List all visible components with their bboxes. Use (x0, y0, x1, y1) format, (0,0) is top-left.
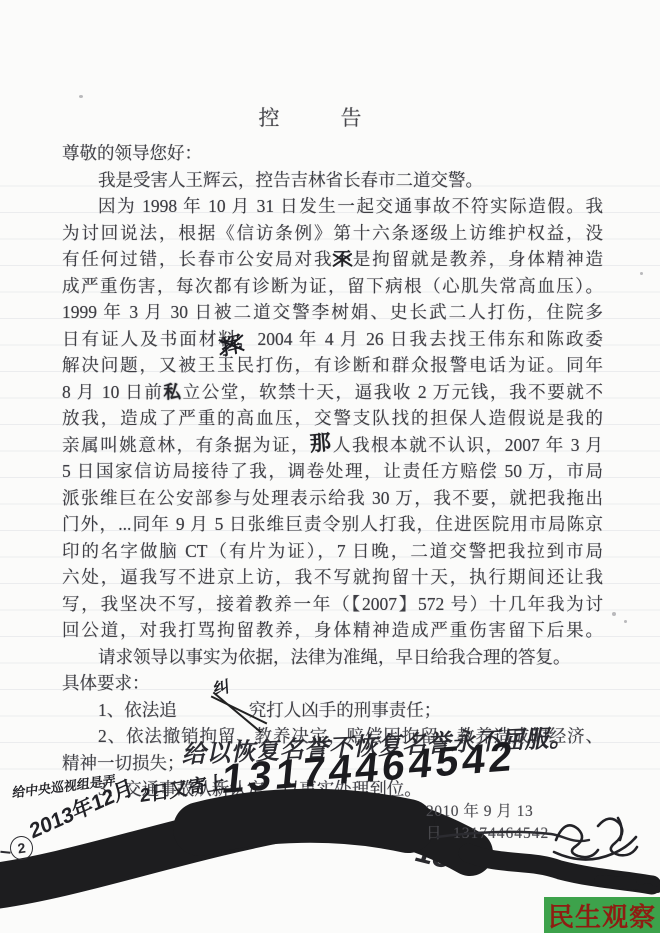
document-line: 为讨回说法，根据《信访条例》第十六条逐级上访维护权益，没 (62, 220, 603, 247)
document-line: 印的名字做脑 CT（有片为证），7 日晚，二道交警把我拉到市局 (62, 538, 603, 565)
document-body: 尊敬的领导您好：我是受害人王辉云，控告吉林省长春市二道交警。因为 1998 年 … (62, 140, 603, 803)
document-line: 日有证人及书面材料，2004 年 4 月 26 日我去找王伟东和陈政委 (62, 326, 603, 353)
scan-speck (612, 612, 616, 616)
document-line: 1999 年 3 月 30 日被二道交警李树娟、史长武二人打伤，住院多 (62, 299, 603, 326)
scan-speck (624, 620, 627, 623)
document-line: 8 月 10 日前私立公堂，软禁十天，逼我收 2 万元钱，我不要就不 (62, 379, 603, 406)
document-line: 尊敬的领导您好： (62, 140, 603, 167)
crossed-out-char: 不 (333, 246, 351, 273)
handwritten-crossed-insert: 挥 (219, 328, 244, 363)
document-line: 放我，造成了严重的高血压，交警支队找的担保人造假说是我的 (62, 405, 603, 432)
document-line: 请求领导以事实为依据，法律为准绳，早日给我合理的答复。 (62, 644, 603, 671)
corrected-char: 纠究 (177, 697, 267, 724)
document-line: 具体要求： (62, 670, 603, 697)
watermark-minsheng-observer: 民生观察 (544, 897, 660, 933)
scan-speck (79, 95, 83, 98)
scan-speck (640, 272, 643, 275)
document-line: 因为 1998 年 10 月 31 日发生一起交通事故不符实际造假。我 (62, 193, 603, 220)
pen-overwritten-char: 私 (164, 382, 183, 402)
document-line: 解决问题，又被王玉民打伤，有诊断和群众报警电话为证。同年 (62, 352, 603, 379)
document-line: 回公道，对我打骂拘留教养，身体精神造成严重伤害留下后果。 (62, 617, 603, 644)
document-line: 5 日国家信访局接待了我，调卷处理，让责任方赔偿 50 万，市局 (62, 458, 603, 485)
document-line: 门外，...同年 9 月 5 日张维巨责令别人打我，住进医院用市局陈京 (62, 511, 603, 538)
document-line: 亲属叫姚意林，有条据为证，那人我根本就不认识，2007 年 3 月 (62, 432, 603, 459)
handwritten-signature (548, 806, 652, 868)
handwritten-overwrite-char: 那 (309, 430, 332, 458)
document-line: 我是受害人王辉云，控告吉林省长春市二道交警。 (62, 167, 603, 194)
page-title: 控 告 (0, 102, 640, 132)
document-line: 有任何过错，长春市公安局对我不是拘留就是教养，身体精神造 (62, 246, 603, 273)
document-line: 六处，逼我写不进京上访，我不写就拘留十天，执行期间还让我 (62, 564, 603, 591)
document-line: 成严重伤害，每次都有诊断为证，留下病根（心肌失常高血压）。 (62, 273, 603, 300)
document-line: 派张维巨在公安部参与处理表示给我 30 万，我不要，就把我拖出 (62, 485, 603, 512)
circled-page-number: 2 (8, 835, 34, 862)
document-line: 写，我坚决不写，接着教养一年（【2007】572 号）十几年我为讨 (62, 591, 603, 618)
